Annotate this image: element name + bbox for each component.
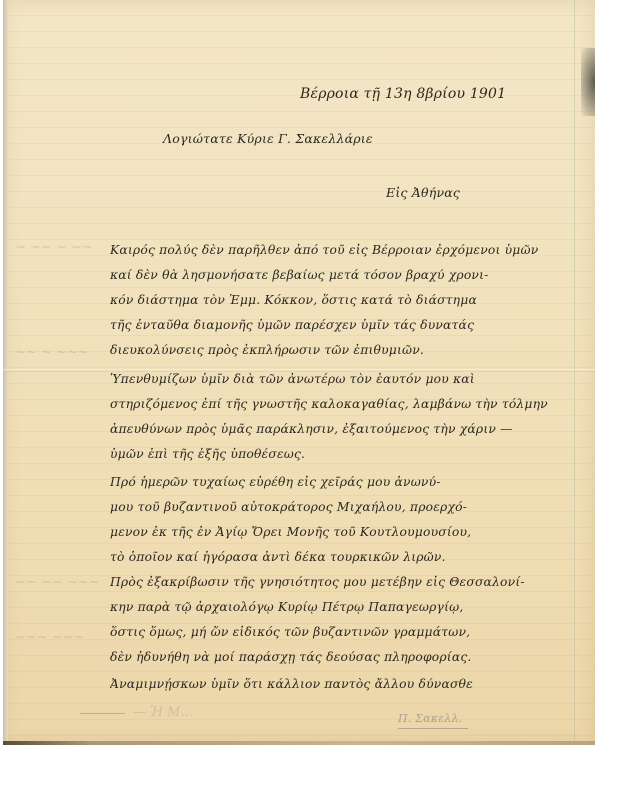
- bleed-through-dash: [80, 713, 125, 714]
- bleed-through-note: — Ἡ Μ...: [133, 705, 193, 720]
- body-line: ὑμῶν ἐπὶ τῆς ἑξῆς ὑποθέσεως.: [110, 447, 580, 461]
- ink-stain: [581, 48, 595, 116]
- letter-page: ~ ~~ ~ ~~ ~~ ~ ~~~ ~~ ~~ ~~~ ~~~ ~~~ — Ἡ…: [3, 0, 595, 745]
- body-line: τῆς ἐνταῦθα διαμονῆς ὑμῶν παρέσχεν ὑμῖν …: [110, 318, 580, 332]
- body-line: δὲν ἠδυνήθη νὰ μοί παράσχῃ τάς δεούσας π…: [110, 650, 580, 664]
- body-line: ἀπευθύνων πρὸς ὑμᾶς παράκλησιν, ἐξαιτούμ…: [110, 422, 580, 436]
- bleed-through-text: ~~~ ~~~: [15, 630, 85, 645]
- bleed-through-signature: Π. Σακελλ.: [398, 712, 462, 725]
- body-line: διευκολύνσεις πρὸς ἐκπλήρωσιν τῶν ἐπιθυμ…: [110, 343, 580, 357]
- paper-left-edge: [3, 0, 8, 745]
- bleed-through-text: ~~ ~ ~~~: [15, 345, 89, 360]
- body-line: στηριζόμενος ἐπί τῆς γνωστῆς καλοκαγαθία…: [110, 397, 580, 411]
- body-line: Καιρός πολύς δὲν παρῆλθεν ἀπό τοῦ εἰς Βέ…: [110, 243, 580, 257]
- body-line: κόν διάστημα τὸν Ἐμμ. Κόκκον, ὅστις κατά…: [110, 293, 580, 307]
- date-line: Βέρροια τῇ 13η 8βρίου 1901: [300, 86, 506, 102]
- salutation: Λογιώτατε Κύριε Γ. Σακελλάριε: [163, 131, 373, 146]
- signature-underline: [398, 728, 468, 729]
- body-line: καί δὲν θὰ λησμονήσατε βεβαίως μετά τόσο…: [110, 268, 580, 282]
- bleed-through-text: ~ ~~ ~ ~~: [15, 240, 93, 255]
- body-line: ὅστις ὅμως, μή ὤν εἰδικός τῶν βυζαντινῶν…: [110, 625, 580, 639]
- body-line: κην παρὰ τῷ ἀρχαιολόγῳ Κυρίῳ Πέτρῳ Παπαγ…: [110, 600, 580, 614]
- body-line: Πρὸς ἐξακρίβωσιν τῆς γνησιότητος μου μετ…: [110, 575, 580, 589]
- bleed-through-text: ~~ ~~ ~~~: [15, 575, 100, 590]
- body-line: Πρό ἡμερῶν τυχαίως εὑρέθη εἰς χεῖράς μου…: [110, 475, 580, 489]
- body-line: μενον ἐκ τῆς ἐν Ἀγίῳ Ὄρει Μονῆς τοῦ Κουτ…: [110, 525, 580, 539]
- body-line: μου τοῦ βυζαντινοῦ αὐτοκράτορος Μιχαήλου…: [110, 500, 580, 514]
- body-line: Ἀναμιμνῄσκων ὑμῖν ὅτι κάλλιον παντὸς ἄλλ…: [110, 677, 580, 691]
- destination: Εἰς Ἀθήνας: [386, 185, 460, 200]
- body-line: Ὑπενθυμίζων ὑμῖν διὰ τῶν ἀνωτέρω τὸν ἑαυ…: [110, 372, 580, 386]
- paper-bottom-edge: [3, 741, 595, 745]
- body-line: τὸ ὁποῖον καί ἠγόρασα ἀντὶ δέκα τουρκικῶ…: [110, 550, 580, 564]
